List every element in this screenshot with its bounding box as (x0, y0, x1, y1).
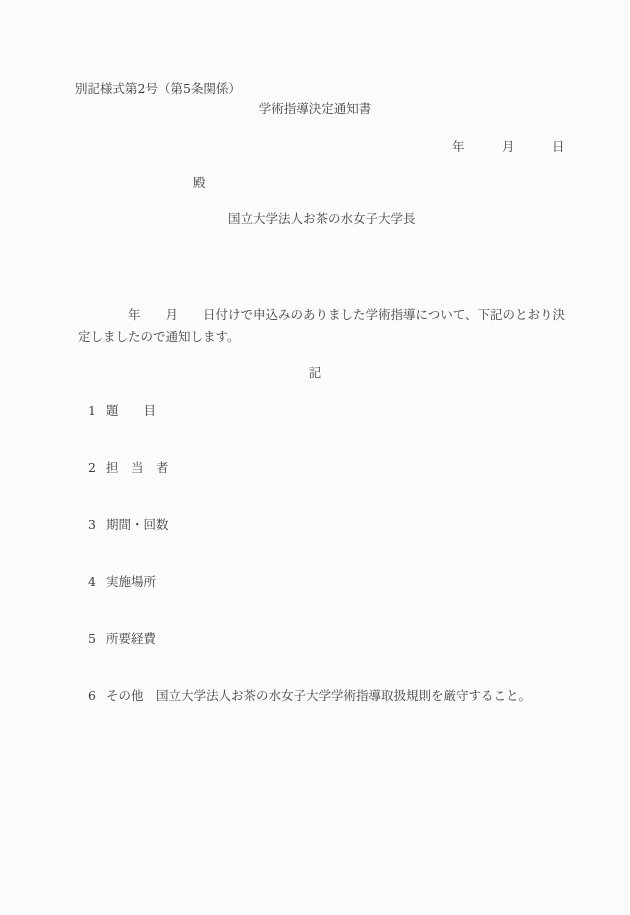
item-number: 3 (88, 517, 96, 532)
item-label: 担 当 者 (106, 460, 169, 475)
list-item: 5所要経費 (88, 630, 588, 648)
document-title: 学術指導決定通知書 (0, 100, 630, 118)
list-item: 4実施場所 (88, 573, 588, 591)
item-label: 題 目 (106, 403, 156, 418)
item-number: 1 (88, 403, 96, 418)
item-number: 6 (88, 688, 96, 703)
record-marker: 記 (0, 364, 630, 382)
document-page: 別記様式第2号（第5条関係） 学術指導決定通知書 年 月 日 殿 国立大学法人お… (0, 0, 630, 915)
item-label: 実施場所 (106, 574, 156, 589)
body-text-line-1: 年 月 日付けで申込みのありました学術指導について、下記のとおり決 (78, 306, 565, 324)
item-number: 2 (88, 460, 96, 475)
list-item: 2担 当 者 (88, 459, 588, 477)
sender-name: 国立大学法人お茶の水女子大学長 (228, 210, 416, 228)
list-item: 3期間・回数 (88, 516, 588, 534)
item-label: 所要経費 (106, 631, 156, 646)
item-list: 1題 目2担 当 者3期間・回数4実施場所5所要経費6その他 国立大学法人お茶の… (88, 402, 588, 744)
form-number: 別記様式第2号（第5条関係） (75, 80, 241, 98)
date-line: 年 月 日 (452, 138, 565, 156)
list-item: 1題 目 (88, 402, 588, 420)
addressee-honorific: 殿 (193, 174, 206, 192)
item-number: 5 (88, 631, 96, 646)
body-text-line-2: 定しましたので通知します。 (78, 328, 240, 346)
list-item: 6その他 国立大学法人お茶の水女子大学学術指導取扱規則を厳守すること。 (88, 687, 588, 705)
item-label: その他 国立大学法人お茶の水女子大学学術指導取扱規則を厳守すること。 (106, 688, 531, 703)
item-number: 4 (88, 574, 96, 589)
item-label: 期間・回数 (106, 517, 169, 532)
